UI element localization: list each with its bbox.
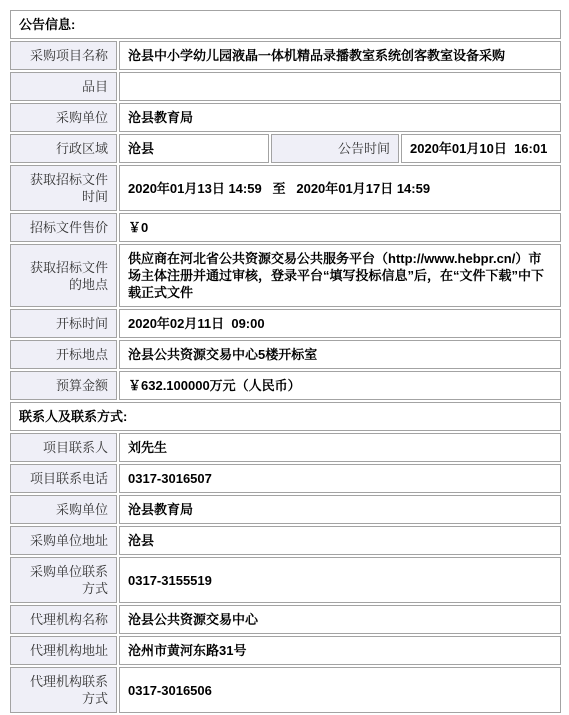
- table-row: 获取招标文件的地点 供应商在河北省公共资源交易公共服务平台（http://www…: [10, 244, 561, 307]
- table-row: 采购项目名称 沧县中小学幼儿园液晶一体机精品录播教室系统创客教室设备采购: [10, 41, 561, 70]
- region-label: 行政区域: [10, 134, 117, 163]
- table-row: 行政区域 沧县 公告时间 2020年01月10日 16:01: [10, 134, 561, 163]
- contact-phone-value: 0317-3016507: [119, 464, 561, 493]
- doc-obtain-time-label: 获取招标文件时间: [10, 165, 117, 211]
- region-value: 沧县: [119, 134, 269, 163]
- contact-person-value: 刘先生: [119, 433, 561, 462]
- category-value: [119, 72, 561, 101]
- table-row: 招标文件售价 ￥0: [10, 213, 561, 242]
- contact-phone-label: 项目联系电话: [10, 464, 117, 493]
- purchaser-phone-label: 采购单位联系方式: [10, 557, 117, 603]
- table-row: 代理机构地址 沧州市黄河东路31号: [10, 636, 561, 665]
- project-name-value: 沧县中小学幼儿园液晶一体机精品录播教室系统创客教室设备采购: [119, 41, 561, 70]
- agency-name-value: 沧县公共资源交易中心: [119, 605, 561, 634]
- contact-section-title: 联系人及联系方式:: [10, 402, 561, 431]
- table-row: 项目联系人 刘先生: [10, 433, 561, 462]
- agency-name-label: 代理机构名称: [10, 605, 117, 634]
- table-row: 品目: [10, 72, 561, 101]
- table-row: 代理机构联系方式 0317-3016506: [10, 667, 561, 713]
- section-row-contact: 联系人及联系方式:: [10, 402, 561, 431]
- bid-open-place-value: 沧县公共资源交易中心5楼开标室: [119, 340, 561, 369]
- section-row-announcement: 公告信息:: [10, 10, 561, 39]
- agency-address-value: 沧州市黄河东路31号: [119, 636, 561, 665]
- table-row: 预算金额 ￥632.100000万元（人民币）: [10, 371, 561, 400]
- announcement-section-title: 公告信息:: [10, 10, 561, 39]
- doc-obtain-place-value: 供应商在河北省公共资源交易公共服务平台（http://www.hebpr.cn/…: [119, 244, 561, 307]
- purchaser-address-label: 采购单位地址: [10, 526, 117, 555]
- purchaser-address-value: 沧县: [119, 526, 561, 555]
- table-row: 获取招标文件时间 2020年01月13日 14:59 至 2020年01月17日…: [10, 165, 561, 211]
- table-row: 采购单位地址 沧县: [10, 526, 561, 555]
- table-row: 采购单位 沧县教育局: [10, 495, 561, 524]
- purchaser-value: 沧县教育局: [119, 103, 561, 132]
- table-row: 代理机构名称 沧县公共资源交易中心: [10, 605, 561, 634]
- budget-value: ￥632.100000万元（人民币）: [119, 371, 561, 400]
- budget-label: 预算金额: [10, 371, 117, 400]
- doc-price-label: 招标文件售价: [10, 213, 117, 242]
- agency-address-label: 代理机构地址: [10, 636, 117, 665]
- table-row: 开标时间 2020年02月11日 09:00: [10, 309, 561, 338]
- procurement-announcement-page: 公告信息: 采购项目名称 沧县中小学幼儿园液晶一体机精品录播教室系统创客教室设备…: [0, 0, 569, 617]
- bid-open-place-label: 开标地点: [10, 340, 117, 369]
- purchaser-phone-value: 0317-3155519: [119, 557, 561, 603]
- bid-open-time-label: 开标时间: [10, 309, 117, 338]
- table-row: 项目联系电话 0317-3016507: [10, 464, 561, 493]
- contact-purchaser-value: 沧县教育局: [119, 495, 561, 524]
- doc-obtain-time-value: 2020年01月13日 14:59 至 2020年01月17日 14:59: [119, 165, 561, 211]
- table-row: 采购单位 沧县教育局: [10, 103, 561, 132]
- doc-obtain-place-label: 获取招标文件的地点: [10, 244, 117, 307]
- purchaser-label: 采购单位: [10, 103, 117, 132]
- category-label: 品目: [10, 72, 117, 101]
- agency-phone-value: 0317-3016506: [119, 667, 561, 713]
- announce-time-value: 2020年01月10日 16:01: [401, 134, 561, 163]
- bid-open-time-value: 2020年02月11日 09:00: [119, 309, 561, 338]
- procurement-info-table: 公告信息: 采购项目名称 沧县中小学幼儿园液晶一体机精品录播教室系统创客教室设备…: [8, 8, 563, 715]
- doc-price-value: ￥0: [119, 213, 561, 242]
- contact-person-label: 项目联系人: [10, 433, 117, 462]
- table-row: 采购单位联系方式 0317-3155519: [10, 557, 561, 603]
- contact-purchaser-label: 采购单位: [10, 495, 117, 524]
- project-name-label: 采购项目名称: [10, 41, 117, 70]
- announce-time-label: 公告时间: [271, 134, 399, 163]
- agency-phone-label: 代理机构联系方式: [10, 667, 117, 713]
- table-row: 开标地点 沧县公共资源交易中心5楼开标室: [10, 340, 561, 369]
